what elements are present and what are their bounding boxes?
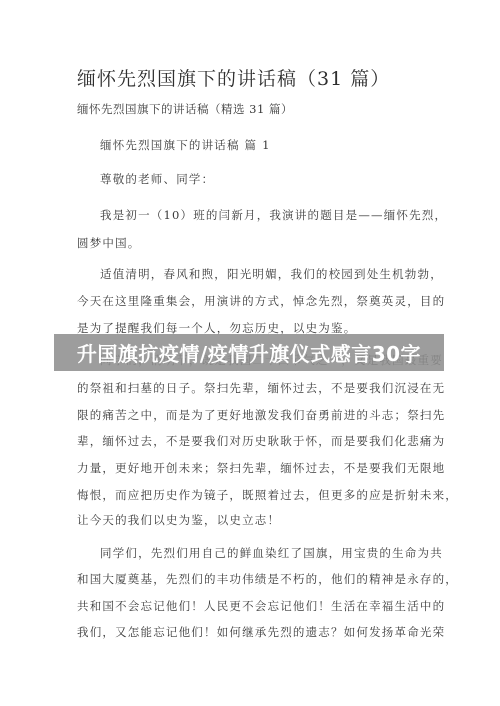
document-title: 缅怀先烈国旗下的讲话稿（31 篇） <box>77 64 390 91</box>
paragraph-line: 辈，缅怀过去，不是要我们对历史耿耿于怀，而是要我们化悲痛为 <box>77 433 445 449</box>
paragraph-line: 力量，更好地开创未来；祭扫先辈，缅怀过去，不是要我们无限地 <box>77 460 445 476</box>
title-overlay-banner: 升国旗抗疫情/疫情升旗仪式感言30字 <box>54 334 444 371</box>
paragraph-line: 适值清明，春风和煦，阳光明媚，我们的校园到处生机勃勃， <box>100 266 443 282</box>
paragraph-line: 我是初一（10）班的闫新月，我演讲的题目是——缅怀先烈， <box>100 207 447 223</box>
section-heading: 缅怀先烈国旗下的讲话稿 篇 1 <box>100 137 271 153</box>
document-subtitle: 缅怀先烈国旗下的讲话稿（精选 31 篇） <box>77 101 293 117</box>
paragraph-line: 今天在这里隆重集会，用演讲的方式，悼念先烈，祭奠英灵，目的 <box>77 293 445 309</box>
paragraph-line: 同学们，先烈们用自己的鲜血染红了国旗，用宝贵的生命为共 <box>100 545 443 561</box>
paragraph-line: 圆梦中国。 <box>77 235 141 251</box>
banner-title: 升国旗抗疫情/疫情升旗仪式感言30字 <box>77 338 421 367</box>
paragraph-line: 我们，又怎能忘记他们！如何继承先烈的遗志？如何发扬革命光荣 <box>77 624 445 640</box>
paragraph-line: 和国大厦奠基，先烈们的丰功伟绩是不朽的，他们的精神是永存的， <box>77 571 458 587</box>
salutation: 尊敬的老师、同学： <box>100 171 214 187</box>
paragraph-line: 让今天的我们以史为鉴，以史立志！ <box>77 512 280 528</box>
paragraph-line: 悔恨，而应把历史作为镜子，既照着过去，但更多的应是折射未来， <box>77 487 458 503</box>
paragraph-line: 的祭祖和扫墓的日子。祭扫先辈，缅怀过去，不是要我们沉浸在无 <box>77 380 445 396</box>
document-page: 缅怀先烈国旗下的讲话稿（31 篇） 缅怀先烈国旗下的讲话稿（精选 31 篇） 缅… <box>0 0 500 706</box>
paragraph-line: 共和国不会忘记他们！人民更不会忘记他们！生活在幸福生活中的 <box>77 598 445 614</box>
paragraph-line: 限的痛苦之中，而是为了更好地激发我们奋勇前进的斗志；祭扫先 <box>77 407 445 423</box>
